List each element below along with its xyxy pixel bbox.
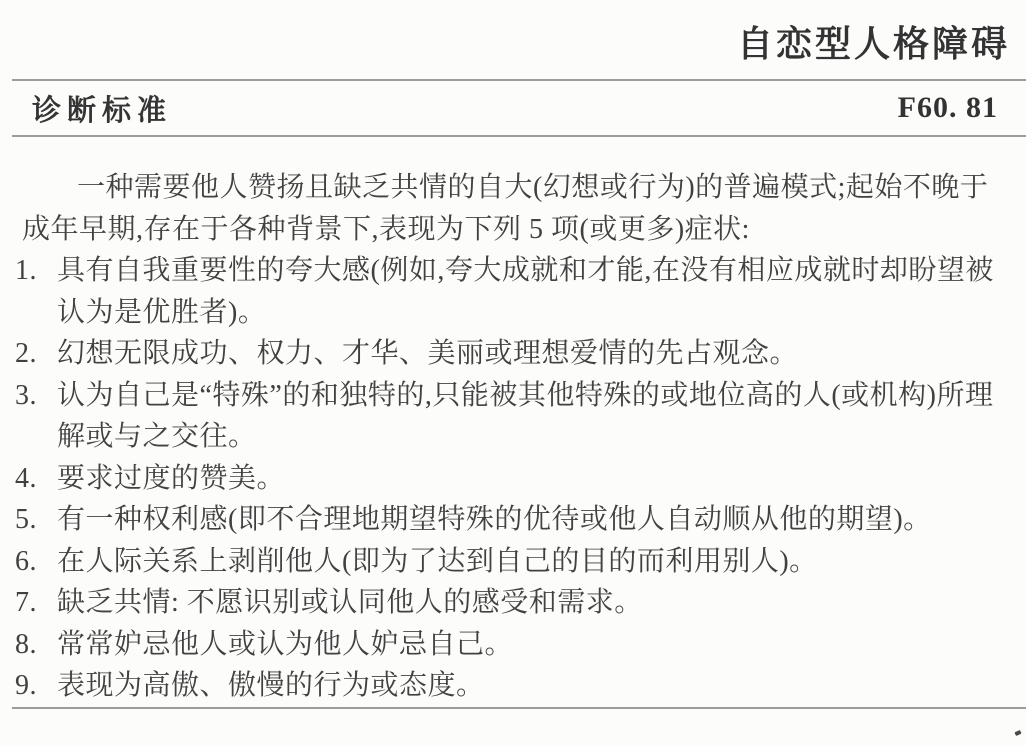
criterion-number: 5.: [15, 499, 57, 541]
criterion-item-3: 3. 认为自己是“特殊”的和独特的,只能被其他特殊的或地位高的人(或机构)所理 …: [15, 375, 1026, 458]
criterion-item-4: 4. 要求过度的赞美。: [15, 458, 1026, 500]
criterion-line: 具有自我重要性的夸大感(例如,夸大成就和才能,在没有相应成就时却盼望被: [57, 250, 1026, 292]
criterion-text: 具有自我重要性的夸大感(例如,夸大成就和才能,在没有相应成就时却盼望被 认为是优…: [57, 250, 1026, 333]
criterion-number: 6.: [15, 541, 57, 583]
criterion-number: 3.: [15, 375, 57, 458]
criterion-number: 1.: [15, 250, 57, 333]
criterion-number: 9.: [15, 665, 57, 707]
criterion-line: 在人际关系上剥削他人(即为了达到自己的目的而利用别人)。: [57, 541, 1026, 583]
criterion-line: 要求过度的赞美。: [57, 458, 1026, 500]
criterion-text: 认为自己是“特殊”的和独特的,只能被其他特殊的或地位高的人(或机构)所理 解或与…: [57, 375, 1026, 458]
criterion-line: 常常妒忌他人或认为他人妒忌自己。: [57, 624, 1026, 666]
criteria-body: 一种需要他人赞扬且缺乏共情的自大(幻想或行为)的普遍模式;起始不晚于 成年早期,…: [15, 167, 1026, 707]
criterion-item-1: 1. 具有自我重要性的夸大感(例如,夸大成就和才能,在没有相应成就时却盼望被 认…: [15, 250, 1026, 333]
criterion-text: 要求过度的赞美。: [57, 458, 1026, 500]
criterion-line: 解或与之交往。: [57, 416, 1026, 458]
criterion-item-7: 7. 缺乏共情: 不愿识别或认同他人的感受和需求。: [15, 582, 1026, 624]
criterion-text: 缺乏共情: 不愿识别或认同他人的感受和需求。: [57, 582, 1026, 624]
criterion-text: 表现为高傲、傲慢的行为或态度。: [57, 665, 1026, 707]
section-header: 诊断标准 F60. 81: [0, 81, 1026, 135]
bottom-rule: [12, 707, 1026, 709]
criterion-number: 2.: [15, 333, 57, 375]
header-rule: [12, 135, 1026, 137]
section-heading: 诊断标准: [32, 88, 172, 129]
criterion-item-9: 9. 表现为高傲、傲慢的行为或态度。: [15, 665, 1026, 707]
document-page: 自恋型人格障碍 诊断标准 F60. 81 一种需要他人赞扬且缺乏共情的自大(幻想…: [0, 0, 1026, 746]
criterion-line: 缺乏共情: 不愿识别或认同他人的感受和需求。: [57, 582, 1026, 624]
criterion-text: 幻想无限成功、权力、才华、美丽或理想爱情的先占观念。: [57, 333, 1026, 375]
diagnostic-code: F60. 81: [898, 91, 998, 125]
criterion-item-5: 5. 有一种权利感(即不合理地期望特殊的优待或他人自动顺从他的期望)。: [15, 499, 1026, 541]
criterion-text: 常常妒忌他人或认为他人妒忌自己。: [57, 624, 1026, 666]
intro-line-1: 一种需要他人赞扬且缺乏共情的自大(幻想或行为)的普遍模式;起始不晚于: [22, 167, 1026, 209]
criterion-line: 有一种权利感(即不合理地期望特殊的优待或他人自动顺从他的期望)。: [57, 499, 1026, 541]
criterion-text: 在人际关系上剥削他人(即为了达到自己的目的而利用别人)。: [57, 541, 1026, 583]
scan-speck-artifact: [1014, 730, 1021, 736]
page-title: 自恋型人格障碍: [0, 24, 1010, 64]
criterion-number: 7.: [15, 582, 57, 624]
criterion-item-6: 6. 在人际关系上剥削他人(即为了达到自己的目的而利用别人)。: [15, 541, 1026, 583]
criterion-line: 认为自己是“特殊”的和独特的,只能被其他特殊的或地位高的人(或机构)所理: [57, 375, 1026, 417]
criterion-line: 幻想无限成功、权力、才华、美丽或理想爱情的先占观念。: [57, 333, 1026, 375]
criteria-list: 1. 具有自我重要性的夸大感(例如,夸大成就和才能,在没有相应成就时却盼望被 认…: [15, 250, 1026, 707]
criterion-item-8: 8. 常常妒忌他人或认为他人妒忌自己。: [15, 624, 1026, 666]
criterion-number: 4.: [15, 458, 57, 500]
criterion-text: 有一种权利感(即不合理地期望特殊的优待或他人自动顺从他的期望)。: [57, 499, 1026, 541]
intro-paragraph: 一种需要他人赞扬且缺乏共情的自大(幻想或行为)的普遍模式;起始不晚于 成年早期,…: [22, 167, 1026, 250]
criterion-number: 8.: [15, 624, 57, 666]
criterion-line: 认为是优胜者)。: [57, 292, 1026, 334]
intro-line-2: 成年早期,存在于各种背景下,表现为下列 5 项(或更多)症状:: [22, 209, 1026, 251]
criterion-item-2: 2. 幻想无限成功、权力、才华、美丽或理想爱情的先占观念。: [15, 333, 1026, 375]
criterion-line: 表现为高傲、傲慢的行为或态度。: [57, 665, 1026, 707]
